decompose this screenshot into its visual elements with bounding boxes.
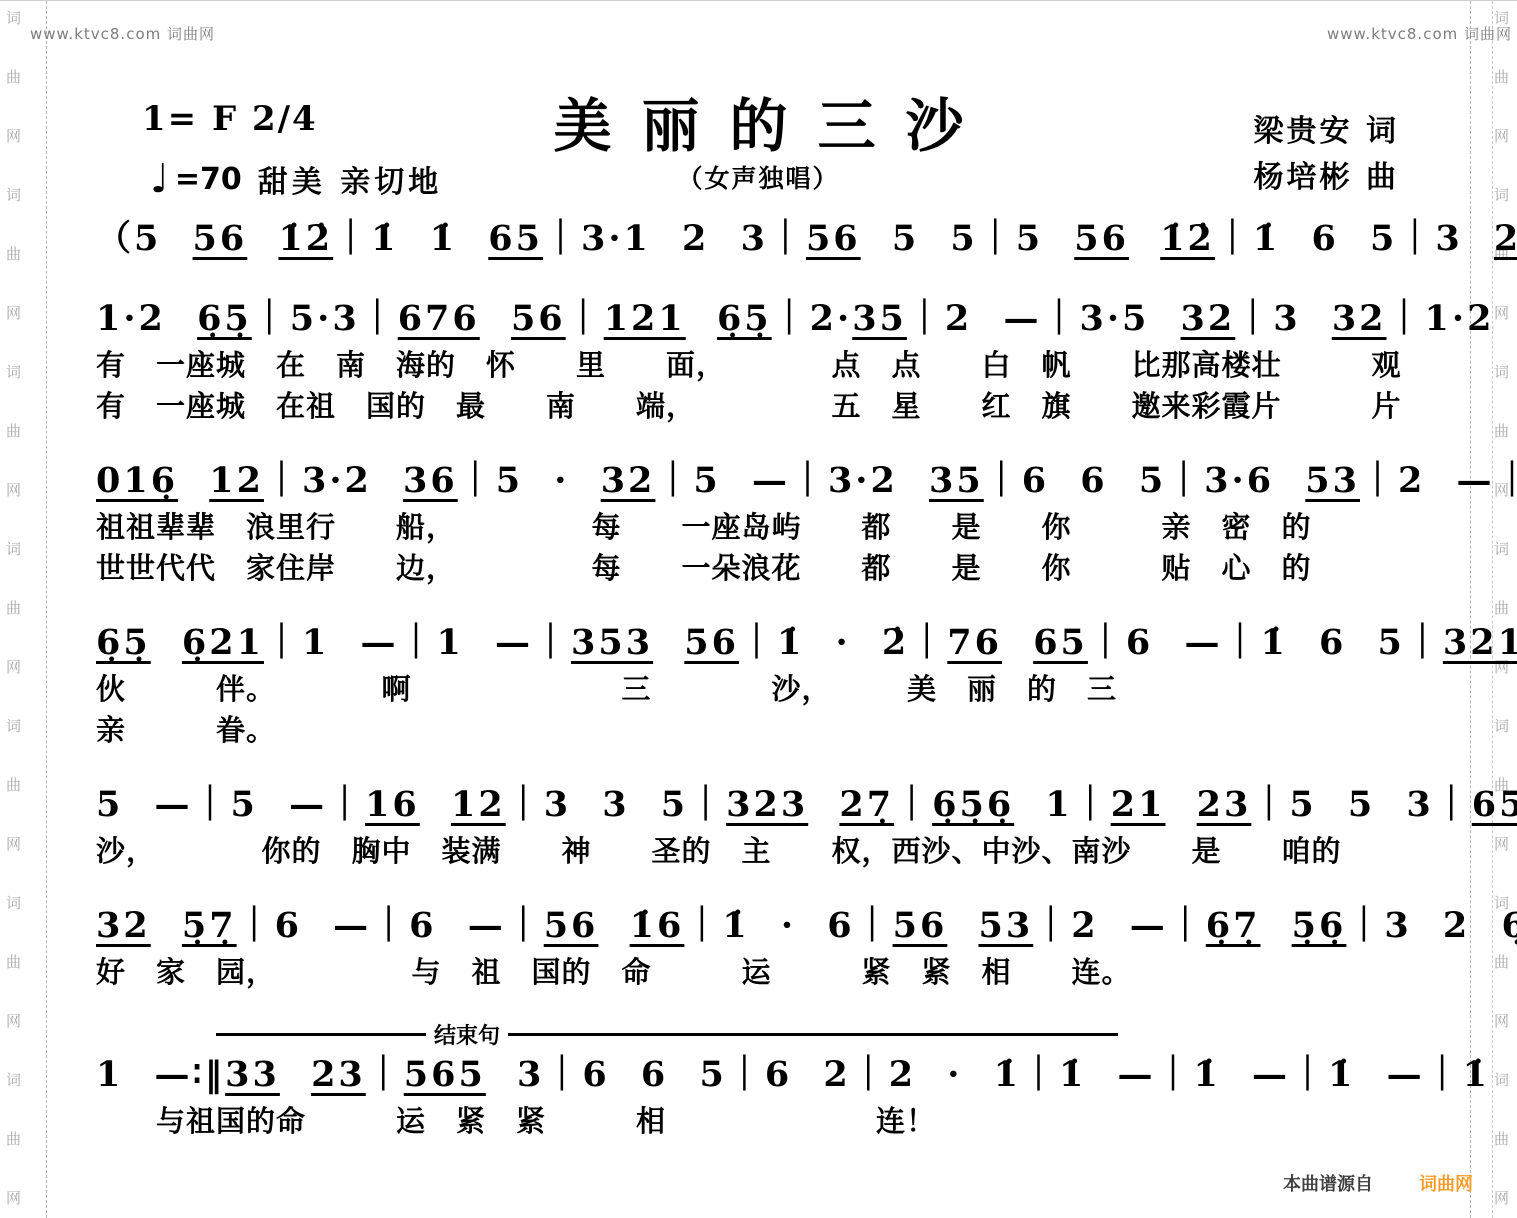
section-label-row: 结束句 <box>96 1021 1437 1047</box>
notation-system: 6̣5̣ 6̣21｜1 —｜1 —｜353 56｜1̇ · 2̇｜76 65｜6… <box>96 617 1437 751</box>
watermark-char: 网 <box>6 833 21 854</box>
jianpu-notation-line: 016̣ 12｜3·2 36｜5 · 32｜5 —｜3·2 35｜6 6 5｜3… <box>96 455 1437 507</box>
watermark-char: 曲 <box>1494 420 1509 441</box>
section-label-line-left <box>216 1033 426 1036</box>
lyric-line: 沙， 你的 胸中 装满 神 圣的 主 权，西沙、中沙、南沙 是 咱的 <box>96 831 1437 872</box>
watermark-char: 曲 <box>1494 1128 1509 1149</box>
lyric-line: 亲 眷。 <box>96 710 1437 751</box>
lyric-line: 有 一座城 在祖 国的 最 南 端， 五 星 红 旗 邀来彩霞片 片 <box>96 386 1437 427</box>
watermark-char: 词 <box>1494 361 1509 382</box>
watermark-char: 曲 <box>1494 951 1509 972</box>
notation-system: 1·2 6̣5̣｜5·3｜676 56｜121 6̣5̣｜2·35｜2 —｜3·… <box>96 293 1437 427</box>
watermark-char: 网 <box>6 302 21 323</box>
notation-system: 32 5̣7̣｜6 —｜6 —｜56 1̇6｜1̇ · 6｜56 53｜2 —｜… <box>96 900 1437 993</box>
watermark-char: 曲 <box>6 1128 21 1149</box>
watermark-top-left: www.ktvc8.com 词曲网 <box>30 23 215 44</box>
watermark-char: 词 <box>6 1069 21 1090</box>
lyric-line: 好 家 园， 与 祖 国的 命 运 紧 紧 相 连。 <box>96 952 1437 993</box>
jianpu-notation-line: 1·2 6̣5̣｜5·3｜676 56｜121 6̣5̣｜2·35｜2 —｜3·… <box>96 293 1437 345</box>
notation-system: 016̣ 12｜3·2 36｜5 · 32｜5 —｜3·2 35｜6 6 5｜3… <box>96 455 1437 589</box>
bottom-credit: 本曲谱源自 词曲网 <box>1283 1170 1473 1196</box>
watermark-char: 网 <box>1494 833 1509 854</box>
watermark-char: 曲 <box>6 597 21 618</box>
credits: 梁贵安 词 杨培彬 曲 <box>1254 109 1399 201</box>
jianpu-notation-line: 6̣5̣ 6̣21｜1 —｜1 —｜353 56｜1̇ · 2̇｜76 65｜6… <box>96 617 1437 669</box>
watermark-char: 词 <box>1494 538 1509 559</box>
watermark-char: 词 <box>1494 715 1509 736</box>
lyric-line: 伙 伴。 啊 三 沙， 美 丽 的 三 <box>96 669 1437 710</box>
watermark-char: 曲 <box>6 420 21 441</box>
watermark-char: 词 <box>6 715 21 736</box>
watermark-char: 曲 <box>6 243 21 264</box>
brand-label: 词曲网 <box>1419 1170 1473 1196</box>
section-label: 结束句 <box>426 1019 508 1050</box>
watermark-char: 词 <box>6 7 21 28</box>
watermark-char: 网 <box>6 1010 21 1031</box>
lyric-line: 世世代代 家住岸 边， 每 一朵浪花 都 是 你 贴 心 的 <box>96 548 1437 589</box>
watermark-char: 网 <box>1494 1010 1509 1031</box>
composer-credit: 杨培彬 曲 <box>1254 155 1399 201</box>
notation-system: （5 56 1̇2̇｜1̇ 1̇ 65｜3·1 2 3｜56 5 5｜5 56 … <box>96 213 1437 265</box>
watermark-char: 网 <box>6 479 21 500</box>
section-label-line-right <box>508 1033 1118 1036</box>
source-label: 本曲谱源自 <box>1283 1170 1373 1196</box>
score-area: （5 56 1̇2̇｜1̇ 1̇ 65｜3·1 2 3｜56 5 5｜5 56 … <box>96 213 1437 1170</box>
lyric-line: 祖祖辈辈 浪里行 船， 每 一座岛屿 都 是 你 亲 密 的 <box>96 507 1437 548</box>
watermark-char: 网 <box>6 656 21 677</box>
watermark-char: 词 <box>6 892 21 913</box>
watermark-char: 曲 <box>6 774 21 795</box>
lyric-line: 与祖国的命 运 紧 紧 相 连！ <box>96 1101 1437 1142</box>
watermark-top-right: www.ktvc8.com 词曲网 <box>1327 23 1512 44</box>
notation-system: 5 —｜5 —｜16 12｜3 3 5｜323 27̣｜6̣5̣6̣ 1｜21 … <box>96 779 1437 872</box>
watermark-char: 曲 <box>1494 597 1509 618</box>
sheet-music-page: 词曲网词曲网词曲网词曲网词曲网词曲网词曲网 词曲网词曲网词曲网词曲网词曲网词曲网… <box>0 0 1517 1218</box>
watermark-char: 网 <box>1494 1187 1509 1208</box>
watermark-char: 网 <box>6 1187 21 1208</box>
watermark-char: 曲 <box>6 951 21 972</box>
jianpu-notation-line: 1 —∶‖33 23｜565 3｜6 6 5｜6 2｜2 · 1̇｜1̇ —｜1… <box>96 1049 1437 1101</box>
jianpu-notation-line: 32 5̣7̣｜6 —｜6 —｜56 1̇6｜1̇ · 6｜56 53｜2 —｜… <box>96 900 1437 952</box>
lyric-line: 有 一座城 在 南 海的 怀 里 面， 点 点 白 帆 比那高楼壮 观 <box>96 345 1437 386</box>
jianpu-notation-line: （5 56 1̇2̇｜1̇ 1̇ 65｜3·1 2 3｜56 5 5｜5 56 … <box>96 213 1437 265</box>
watermark-char: 词 <box>6 361 21 382</box>
watermark-char: 词 <box>6 538 21 559</box>
jianpu-notation-line: 5 —｜5 —｜16 12｜3 3 5｜323 27̣｜6̣5̣6̣ 1｜21 … <box>96 779 1437 831</box>
notation-system: 结束句 1 —∶‖33 23｜565 3｜6 6 5｜6 2｜2 · 1̇｜1̇… <box>96 1021 1437 1142</box>
lyricist-credit: 梁贵安 词 <box>1254 109 1399 155</box>
